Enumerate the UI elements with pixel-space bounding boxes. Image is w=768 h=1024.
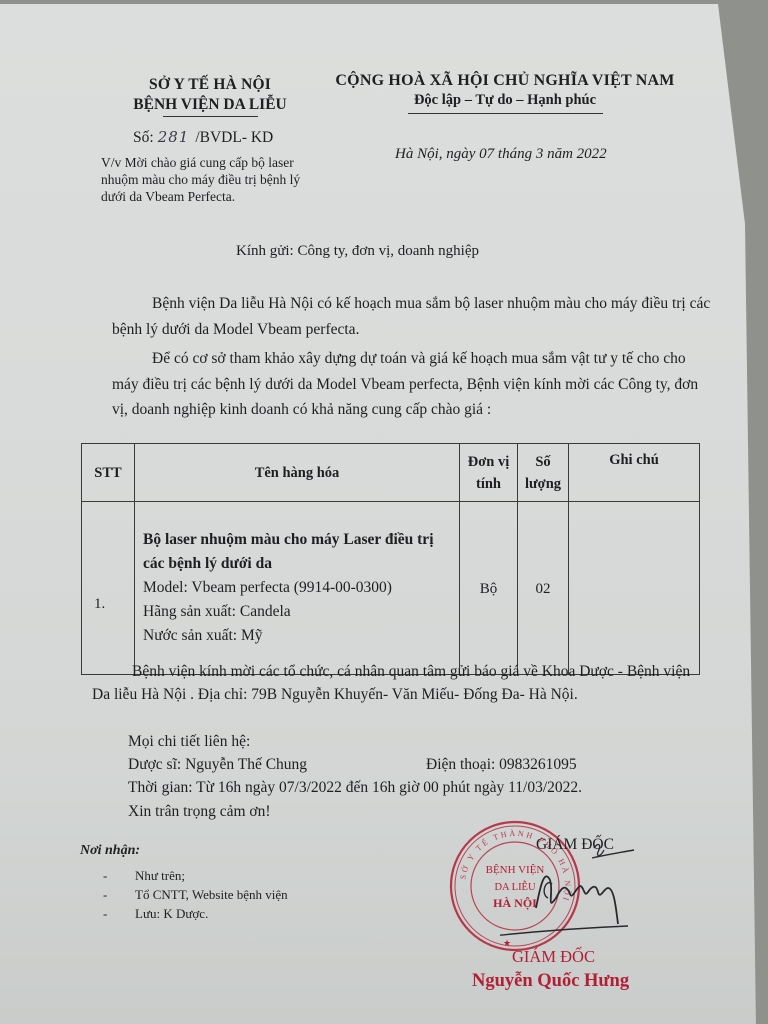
list-item: -Như trên; (103, 866, 288, 885)
subject-line: V/v Mời chào giá cung cấp bộ laser nhuộm… (101, 154, 321, 205)
header-stt: STT (82, 444, 135, 502)
ministry-name: SỞ Y TẾ HÀ NỘI (95, 76, 325, 94)
cell-note (569, 502, 700, 675)
item-manufacturer: Hãng sản xuất: Candela (143, 600, 459, 624)
table-row: 1. Bộ laser nhuộm màu cho máy Laser điều… (82, 502, 700, 675)
header-note: Ghi chú (569, 444, 700, 502)
motto-underline (408, 113, 603, 114)
issuer-block: SỞ Y TẾ HÀ NỘI BỆNH VIỆN DA LIỄU (95, 76, 325, 117)
header-unit: Đơn vị tính (460, 444, 518, 502)
header-quantity: Số lượng (518, 444, 569, 502)
goods-table: STT Tên hàng hóa Đơn vị tính Số lượng Gh… (81, 443, 700, 675)
hospital-underline (163, 116, 258, 117)
cell-unit: Bộ (460, 502, 518, 675)
document-number: Số:281/BVDL- KD (133, 128, 273, 147)
contact-time: Thời gian: Từ 16h ngày 07/3/2022 đến 16h… (128, 779, 582, 797)
contact-intro: Mọi chi tiết liên hệ: (128, 733, 250, 751)
header-item-name: Tên hàng hóa (135, 444, 460, 502)
contact-pharmacist: Dược sĩ: Nguyễn Thế Chung (128, 756, 307, 773)
hospital-name: BỆNH VIỆN DA LIỄU (95, 96, 325, 114)
director-title-stamped: GIÁM ĐỐC (512, 947, 595, 967)
contact-person-line: Dược sĩ: Nguyễn Thế Chung Điện thoại: 09… (128, 756, 307, 774)
contact-phone: Điện thoại: 0983261095 (426, 756, 577, 774)
cell-stt: 1. (82, 502, 135, 675)
table-header-row: STT Tên hàng hóa Đơn vị tính Số lượng Gh… (82, 444, 700, 502)
national-motto: Độc lập – Tự do – Hạnh phúc (330, 92, 680, 109)
signature-icon (500, 828, 640, 938)
recipient-line: Kính gửi: Công ty, đơn vị, doanh nghiệp (236, 243, 479, 260)
paragraph-intro: Bệnh viện Da liễu Hà Nội có kế hoạch mua… (112, 291, 712, 342)
item-origin: Nước sản xuất: Mỹ (143, 624, 459, 648)
list-item: -Lưu: K Dược. (103, 904, 288, 923)
cell-item-name: Bộ laser nhuộm màu cho máy Laser điều tr… (135, 502, 460, 675)
item-title: Bộ laser nhuộm màu cho máy Laser điều tr… (143, 528, 443, 576)
place-date: Hà Nội, ngày 07 tháng 3 năm 2022 (395, 146, 607, 163)
paragraph-submission: Bệnh viện kính mời các tổ chức, cá nhân … (92, 660, 712, 706)
svg-text:★: ★ (503, 938, 511, 948)
paragraph-request: Để có cơ sở tham khảo xây dựng dự toán v… (112, 346, 712, 423)
number-suffix: /BVDL- KD (195, 129, 273, 146)
closing-thanks: Xin trân trọng cảm ơn! (128, 803, 271, 821)
recipients-list: -Như trên; -Tổ CNTT, Website bệnh viện -… (103, 866, 288, 923)
recipients-title: Nơi nhận: (80, 843, 140, 859)
item-model: Model: Vbeam perfecta (9914-00-0300) (143, 576, 459, 600)
national-header: CỘNG HOÀ XÃ HỘI CHỦ NGHĨA VIỆT NAM Độc l… (330, 72, 680, 114)
handwritten-number: 281 (158, 128, 190, 146)
number-label: Số: (133, 129, 154, 146)
director-name: Nguyễn Quốc Hưng (472, 971, 629, 992)
cell-quantity: 02 (518, 502, 569, 675)
list-item: -Tổ CNTT, Website bệnh viện (103, 885, 288, 904)
national-title: CỘNG HOÀ XÃ HỘI CHỦ NGHĨA VIỆT NAM (330, 72, 680, 90)
